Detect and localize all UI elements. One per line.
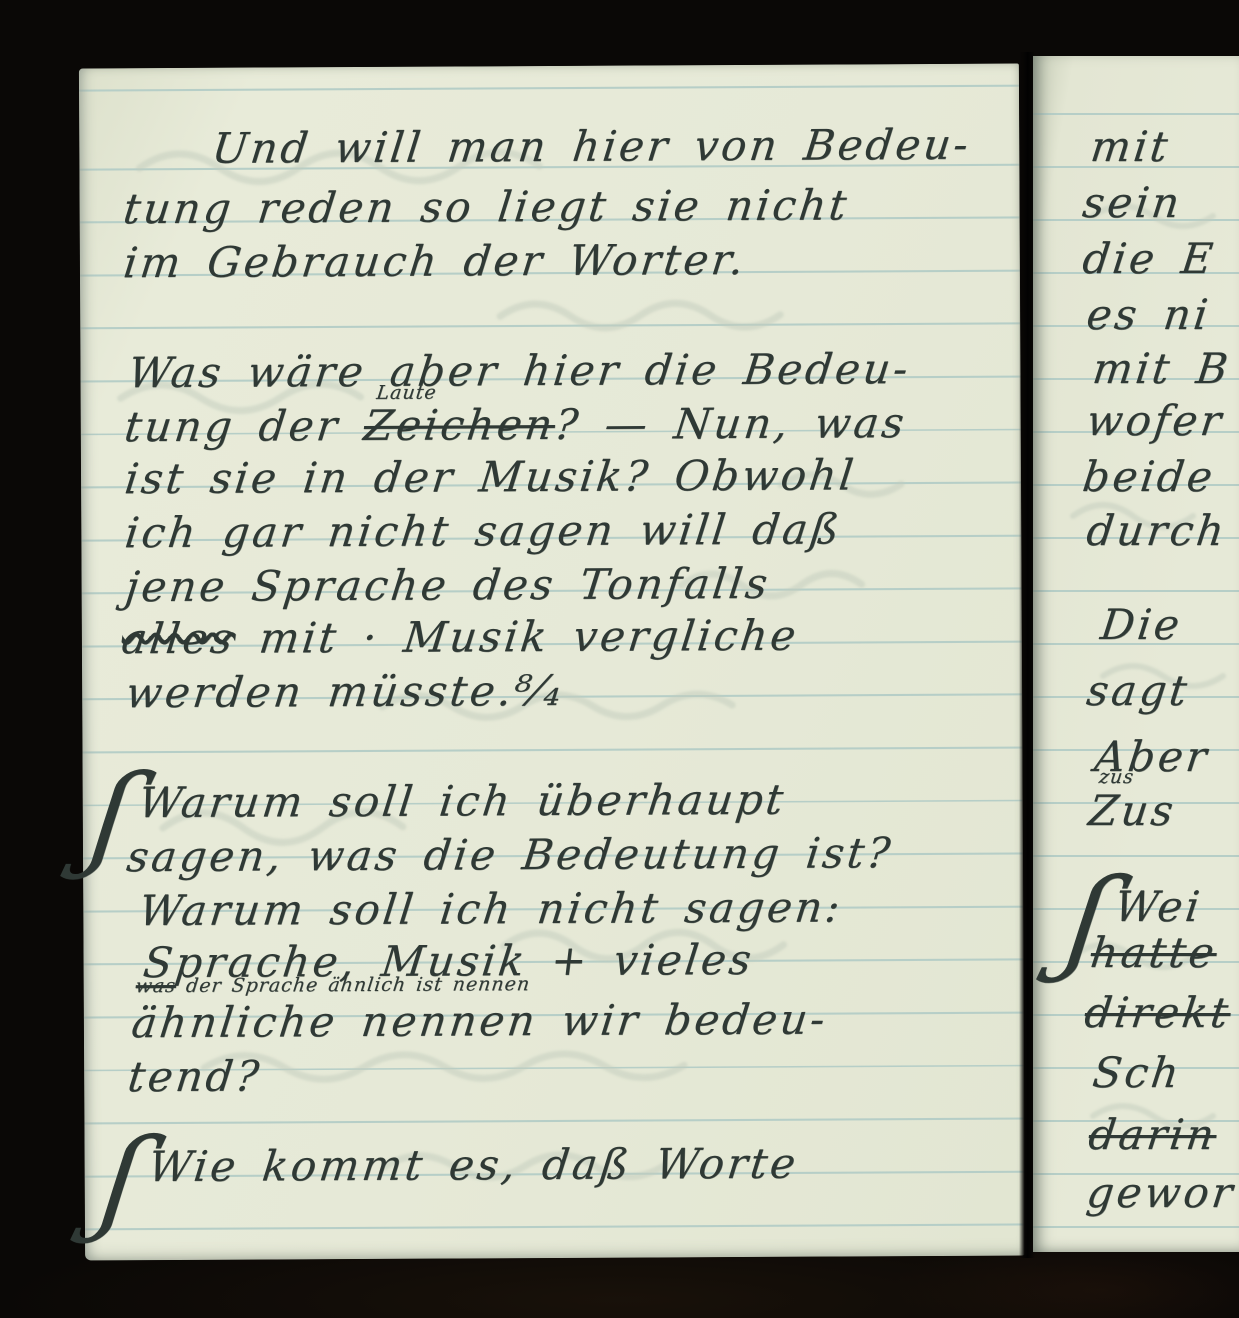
handwritten-text: ist sie in der Musik? Obwohl xyxy=(122,450,859,503)
crossed-out-word: Zeichen xyxy=(361,400,558,450)
manuscript-scan: Und will man hier von Bedeu-tung reden s… xyxy=(0,0,1239,1318)
handwritten-text: tung reden so liegt sie nicht xyxy=(121,180,852,233)
manuscript-line: mit B xyxy=(1090,348,1233,390)
manuscript-line: es ni xyxy=(1084,294,1212,336)
manuscript-line: ich gar nicht sagen will daß xyxy=(123,508,844,554)
manuscript-line: Sch xyxy=(1090,1052,1184,1094)
handwritten-text: sagen, was die Bedeutung ist? xyxy=(124,828,895,881)
manuscript-line: tung der Zeichen? — Nun, wasLaute xyxy=(122,402,909,448)
handwritten-text: ich gar nicht sagen will daß xyxy=(122,504,844,557)
paragraph-flourish-mark: ʃ xyxy=(93,1130,154,1231)
crossed-out-word: hatte xyxy=(1088,928,1220,977)
handwritten-text: gewor xyxy=(1084,1168,1238,1217)
notebook-left-page: Und will man hier von Bedeu-tung reden s… xyxy=(79,64,1025,1261)
manuscript-line: Zus xyxy=(1086,790,1178,832)
manuscript-line: tung reden so liegt sie nicht xyxy=(121,184,851,230)
interlinear-insertion: Laute xyxy=(375,384,437,403)
crossed-out-word: direkt xyxy=(1082,988,1234,1037)
handwritten-text: jene Sprache des Tonfalls xyxy=(123,559,773,611)
manuscript-line: sagen, was die Bedeutung ist? xyxy=(125,832,896,878)
handwritten-text: zus xyxy=(1098,766,1136,788)
manuscript-line: Was wäre aber hier die Bedeu- xyxy=(126,348,913,394)
handwritten-text: Laute xyxy=(375,382,438,404)
crossed-out-word: alles xyxy=(119,614,238,664)
manuscript-line: wofer xyxy=(1084,400,1226,442)
handwritten-text: es ni xyxy=(1084,290,1213,339)
handwritten-text: durch xyxy=(1084,506,1230,555)
right-page-text: mitseindie Ees nimit BwoferbeidedurchDie… xyxy=(1033,56,1239,1252)
manuscript-line: ähnliche nennen wir bedeu- xyxy=(129,999,830,1045)
handwritten-text: die E xyxy=(1080,234,1218,283)
manuscript-line: darin xyxy=(1086,1114,1219,1156)
handwritten-text: im Gebrauch der Worter. xyxy=(121,235,749,287)
manuscript-line: Die xyxy=(1098,604,1184,646)
handwritten-text: Wie kommt es, daß Worte xyxy=(146,1139,801,1191)
handwritten-text: mit · Musik vergliche xyxy=(232,611,801,663)
handwritten-text: Zus xyxy=(1086,786,1179,835)
handwritten-text: Wei xyxy=(1112,882,1205,931)
manuscript-line: Und will man hier von Bedeu- xyxy=(210,124,973,170)
handwritten-text: der Sprache ähnlich ist nennen xyxy=(175,973,532,997)
handwritten-text: tend? xyxy=(125,1052,264,1102)
handwritten-text: sagt xyxy=(1084,666,1192,715)
handwritten-text: tung der xyxy=(122,401,367,451)
handwritten-text: Die xyxy=(1098,600,1185,649)
crossed-out-word: darin xyxy=(1086,1110,1220,1159)
manuscript-line: ist sie in der Musik? Obwohl xyxy=(123,454,859,500)
manuscript-line: jene Sprache des Tonfalls xyxy=(123,563,772,608)
manuscript-line: alles mit · Musik vergliche xyxy=(119,615,800,661)
manuscript-line: gewor xyxy=(1084,1172,1237,1214)
manuscript-line: zus xyxy=(1098,768,1135,787)
notebook-right-page-partial: mitseindie Ees nimit BwoferbeidedurchDie… xyxy=(1033,56,1239,1252)
handwritten-text: werden müsste.⁸⁄₄ xyxy=(123,666,567,717)
manuscript-line: was der Sprache ähnlich ist nennen xyxy=(135,975,532,996)
manuscript-line: Warum soll ich nicht sagen: xyxy=(137,886,845,932)
manuscript-line: beide xyxy=(1080,456,1217,498)
handwritten-text: Warum soll ich nicht sagen: xyxy=(136,882,845,935)
manuscript-line: sagt xyxy=(1084,670,1192,712)
manuscript-line: durch xyxy=(1084,510,1229,552)
handwritten-text: mit xyxy=(1088,122,1173,171)
manuscript-line: ʃWie kommt es, daß Worte xyxy=(146,1143,800,1188)
manuscript-line: mit xyxy=(1088,126,1172,168)
manuscript-line: hatte xyxy=(1088,932,1219,974)
manuscript-line: direkt xyxy=(1082,992,1233,1034)
handwritten-text: beide xyxy=(1080,452,1218,501)
manuscript-line: sein xyxy=(1080,182,1184,224)
handwritten-text: ? — Nun, was xyxy=(552,398,909,449)
crossed-out-word: was xyxy=(134,975,177,997)
handwritten-text: Sch xyxy=(1090,1048,1184,1097)
manuscript-line: tend? xyxy=(126,1056,264,1099)
handwritten-text: Warum soll ich überhaupt xyxy=(136,775,789,827)
manuscript-line: ʃWarum soll ich überhaupt xyxy=(136,779,788,824)
handwritten-text: wofer xyxy=(1084,396,1227,445)
handwritten-text: ähnliche nennen wir bedeu- xyxy=(129,995,830,1048)
left-page-text: Und will man hier von Bedeu-tung reden s… xyxy=(79,64,1025,1261)
manuscript-line: im Gebrauch der Worter. xyxy=(121,239,748,284)
handwritten-text: mit B xyxy=(1090,344,1233,393)
manuscript-line: ʃWei xyxy=(1112,886,1204,928)
handwritten-text: sein xyxy=(1080,178,1185,227)
manuscript-line: die E xyxy=(1080,238,1217,280)
handwritten-text: Was wäre aber hier die Bedeu- xyxy=(126,344,914,397)
manuscript-line: werden müsste.⁸⁄₄ xyxy=(124,670,567,714)
handwritten-text: Und will man hier von Bedeu- xyxy=(209,120,973,173)
